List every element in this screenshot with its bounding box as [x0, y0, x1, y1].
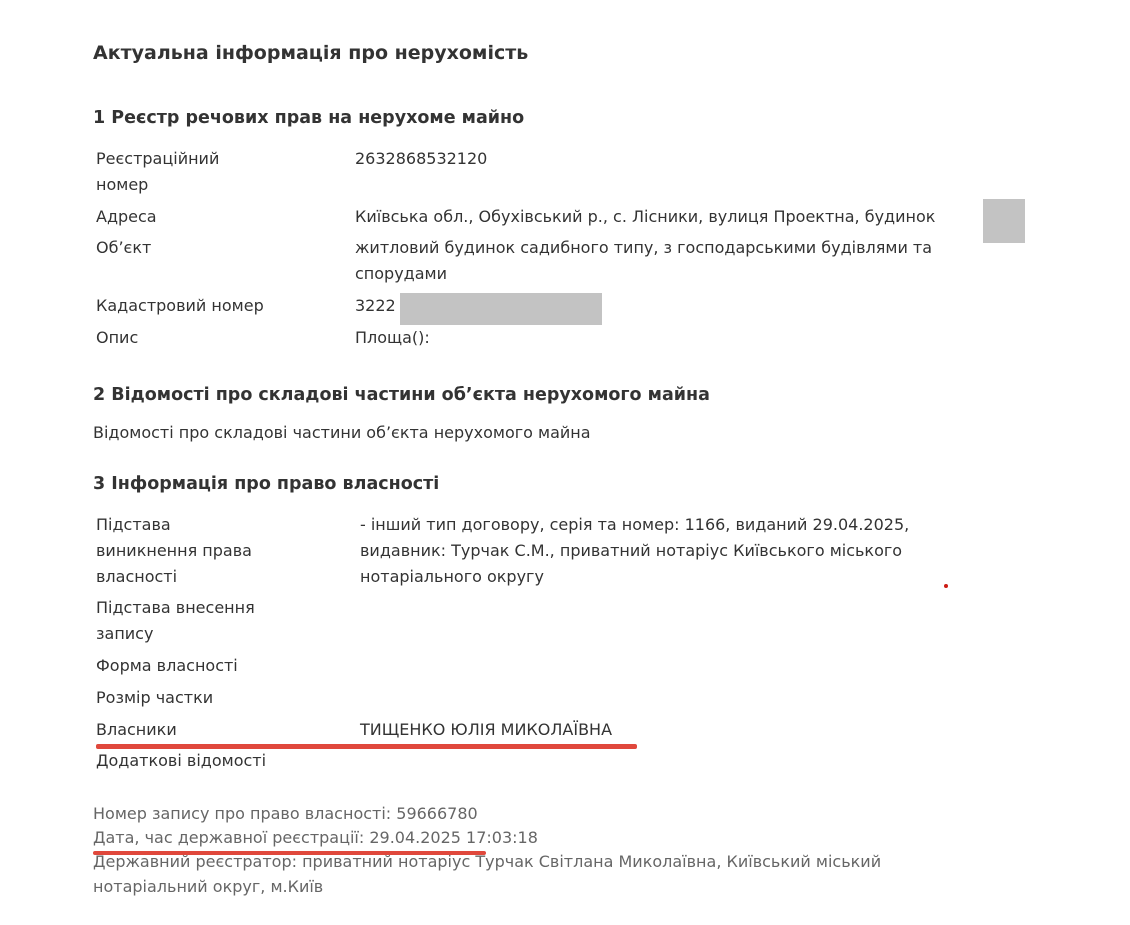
record-number: Номер запису про право власності: 596667…	[93, 802, 973, 827]
section-3-heading: 3 Інформація про право власності	[93, 474, 439, 494]
annotation-underline-registration-date	[93, 851, 486, 855]
page-title: Актуальна інформація про нерухомість	[93, 42, 528, 64]
row-label: Кадастровий номер	[96, 293, 286, 319]
registrar-info: Державний реєстратор: приватний нотаріус…	[93, 850, 963, 899]
redaction-box-cadastral	[400, 293, 602, 325]
row-label: Власники	[96, 717, 286, 743]
redaction-box-address	[983, 199, 1025, 243]
row-label: Підстава внесення запису	[96, 595, 276, 647]
row-value: ТИЩЕНКО ЮЛІЯ МИКОЛАЇВНА	[360, 717, 970, 743]
row-value: - інший тип договору, серія та номер: 11…	[360, 512, 970, 590]
row-value: Площа():	[355, 325, 995, 351]
row-value: житловий будинок садибного типу, з госпо…	[355, 235, 985, 287]
section-2-text: Відомості про складові частини об’єкта н…	[93, 420, 591, 446]
row-value: 2632868532120	[355, 146, 995, 172]
row-label: Реєстраційний номер	[96, 146, 246, 198]
row-label: Розмір частки	[96, 685, 286, 711]
annotation-underline-owners	[96, 744, 637, 749]
row-label: Опис	[96, 325, 286, 351]
annotation-dot	[944, 584, 948, 588]
row-value: Київська обл., Обухівський р., с. Лісник…	[355, 204, 995, 230]
section-2-heading: 2 Відомості про складові частини об’єкта…	[93, 385, 710, 405]
row-label: Підстава виникнення права власності	[96, 512, 276, 590]
row-label: Об’єкт	[96, 235, 286, 261]
section-1-heading: 1 Реєстр речових прав на нерухоме майно	[93, 108, 524, 128]
registration-datetime: Дата, час державної реєстрації: 29.04.20…	[93, 826, 973, 851]
row-label: Адреса	[96, 204, 286, 230]
row-label: Додаткові відомості	[96, 748, 286, 774]
row-label: Форма власності	[96, 653, 286, 679]
